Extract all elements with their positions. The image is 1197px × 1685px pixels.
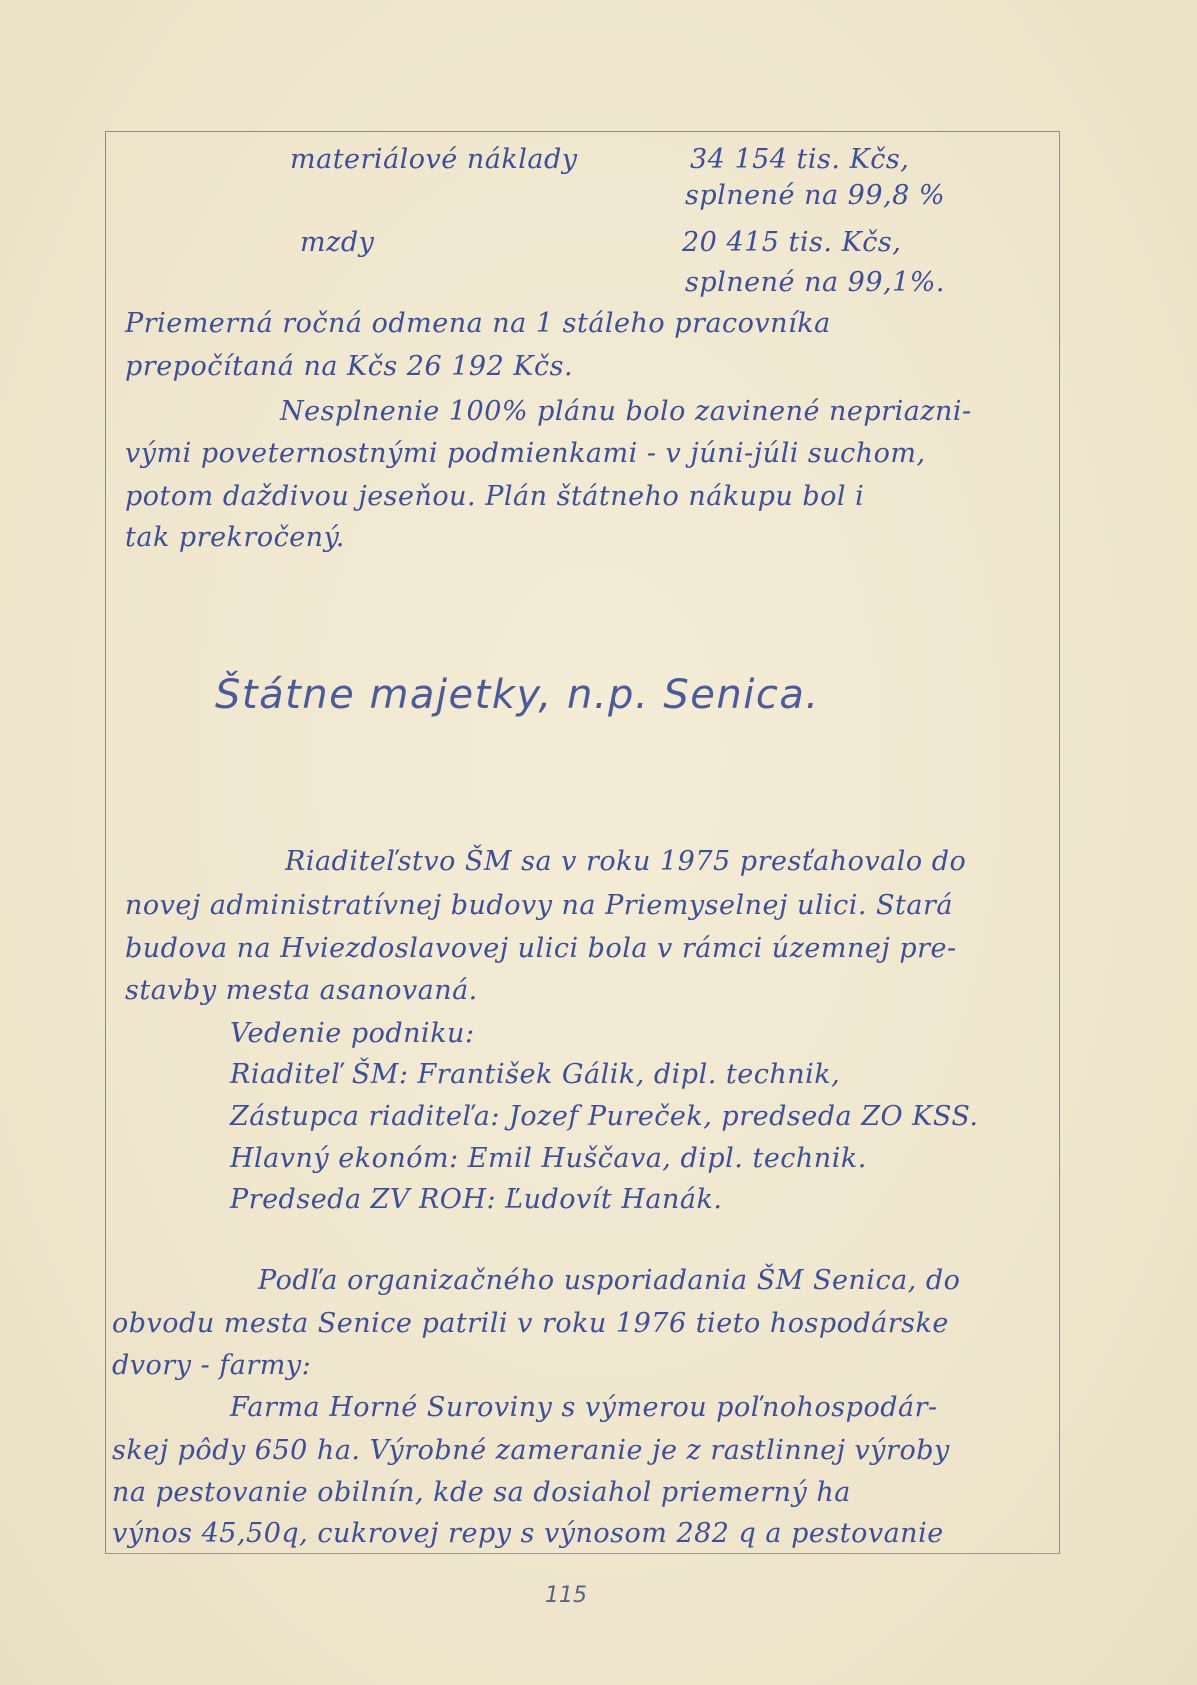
- management-member-deputy: Zástupca riaditeľa: Jozef Pureček, preds…: [230, 1101, 978, 1132]
- page-frame-border: [105, 131, 1060, 1554]
- budget-note-material: splnené na 99,8 %: [685, 180, 945, 211]
- section-heading: Štátne majetky, n.p. Senica.: [215, 672, 820, 718]
- plan-line-3: potom daždivou jeseňou. Plán štátneho ná…: [125, 481, 864, 512]
- farm-horne-line-4: výnos 45,50q, cukrovej repy s výnosom 28…: [112, 1518, 944, 1549]
- avg-pay-line-1: Priemerná ročná odmena na 1 stáleho prac…: [125, 308, 831, 339]
- relocation-line-3: budova na Hviezdoslavovej ulici bola v r…: [125, 933, 957, 964]
- plan-line-1: Nesplnenie 100% plánu bolo zavinené nepr…: [280, 396, 972, 427]
- plan-line-2: vými poveternostnými podmienkami - v jún…: [125, 438, 926, 469]
- management-member-union-chair: Predseda ZV ROH: Ľudovít Hanák.: [230, 1184, 722, 1215]
- management-member-economist: Hlavný ekonóm: Emil Huščava, dipl. techn…: [230, 1143, 867, 1174]
- plan-line-4: tak prekročený.: [125, 522, 345, 553]
- farm-horne-line-2: skej pôdy 650 ha. Výrobné zameranie je z…: [112, 1435, 950, 1466]
- farm-horne-line-1: Farma Horné Suroviny s výmerou poľnohosp…: [230, 1392, 938, 1423]
- budget-label-material: materiálové náklady: [290, 144, 578, 175]
- budget-value-material: 34 154 tis. Kčs,: [690, 144, 909, 175]
- budget-value-wages: 20 415 tis. Kčs,: [682, 227, 901, 258]
- farm-horne-line-3: na pestovanie obilnín, kde sa dosiahol p…: [112, 1477, 851, 1508]
- relocation-line-1: Riaditeľstvo ŠM sa v roku 1975 presťahov…: [285, 846, 966, 877]
- budget-note-wages: splnené na 99,1%.: [685, 267, 945, 298]
- budget-label-wages: mzdy: [300, 227, 374, 258]
- management-title: Vedenie podniku:: [230, 1018, 475, 1049]
- relocation-line-4: stavby mesta asanovaná.: [125, 975, 478, 1006]
- relocation-line-2: novej administratívnej budovy na Priemys…: [125, 890, 953, 921]
- farms-line-1: Podľa organizačného usporiadania ŠM Seni…: [258, 1265, 960, 1296]
- page-number: 115: [545, 1583, 587, 1608]
- avg-pay-line-2: prepočítaná na Kčs 26 192 Kčs.: [125, 351, 573, 382]
- farms-line-3: dvory - farmy:: [112, 1350, 311, 1381]
- farms-line-2: obvodu mesta Senice patrili v roku 1976 …: [112, 1308, 949, 1339]
- management-member-director: Riaditeľ ŠM: František Gálik, dipl. tech…: [230, 1059, 840, 1090]
